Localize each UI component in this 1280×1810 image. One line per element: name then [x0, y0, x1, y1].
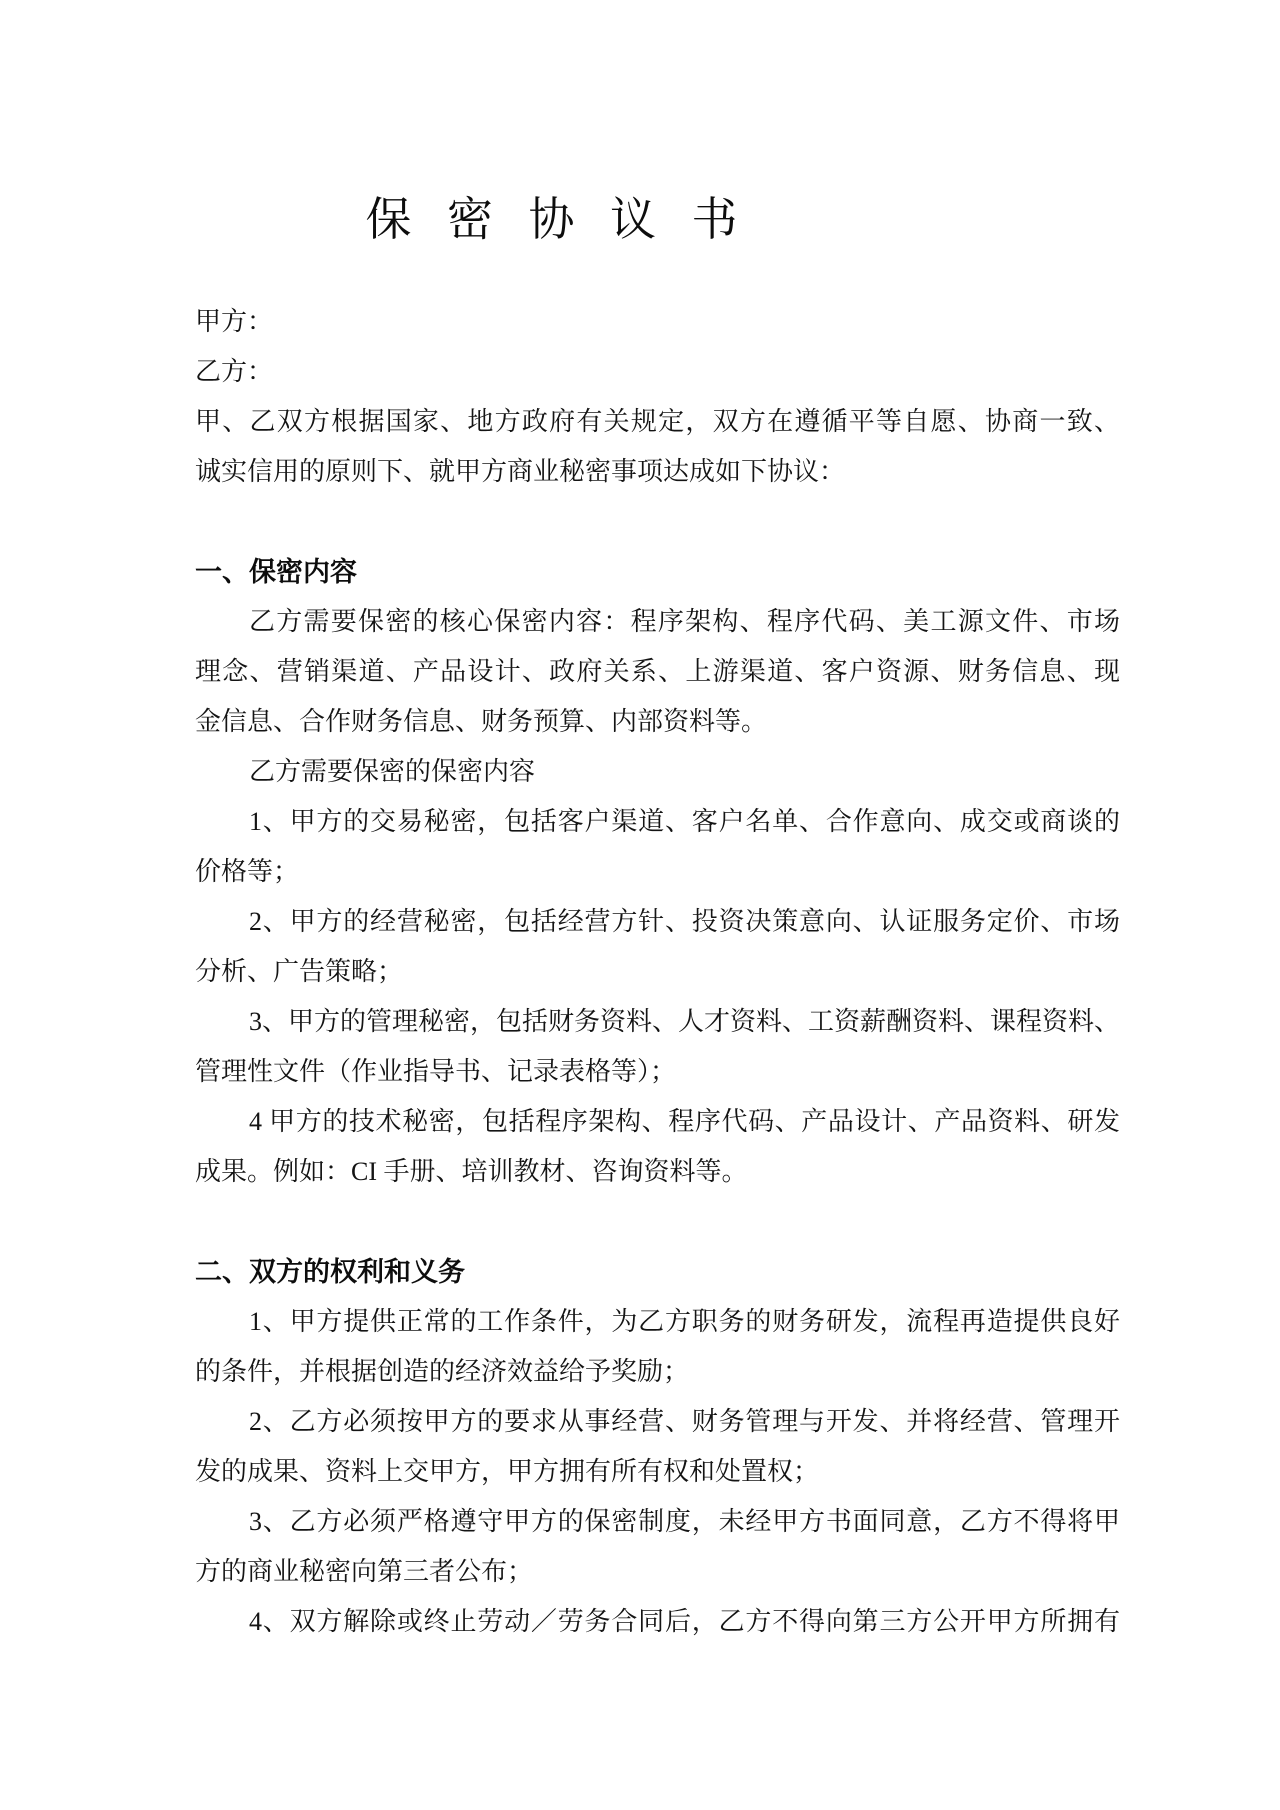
section1-core-content-line: 理念、营销渠道、产品设计、政府关系、上游渠道、客户资源、财务信息、现	[195, 647, 1120, 697]
section2-item3-line: 方的商业秘密向第三者公布；	[195, 1547, 1120, 1597]
section1-item3-line: 3、甲方的管理秘密，包括财务资料、人才资料、工资薪酬资料、课程资料、	[195, 997, 1120, 1047]
section2-item3-line: 3、乙方必须严格遵守甲方的保密制度，未经甲方书面同意，乙方不得将甲	[195, 1497, 1120, 1547]
section-2-heading: 二、双方的权利和义务	[195, 1247, 1120, 1297]
section1-item1-line: 价格等；	[195, 847, 1120, 897]
section2-item1-line: 的条件，并根据创造的经济效益给予奖励；	[195, 1347, 1120, 1397]
section1-item2-line: 分析、广告策略；	[195, 947, 1120, 997]
party-b-line: 乙方：	[195, 347, 1120, 397]
section1-item4-line: 4 甲方的技术秘密，包括程序架构、程序代码、产品设计、产品资料、研发	[195, 1097, 1120, 1147]
section1-item1-line: 1、甲方的交易秘密，包括客户渠道、客户名单、合作意向、成交或商谈的	[195, 797, 1120, 847]
preamble-line: 甲、乙双方根据国家、地方政府有关规定，双方在遵循平等自愿、协商一致、	[195, 397, 1120, 447]
section1-item4-line: 成果。例如：CI 手册、培训教材、咨询资料等。	[195, 1147, 1120, 1197]
section1-subtitle: 乙方需要保密的保密内容	[195, 747, 1120, 797]
preamble-line: 诚实信用的原则下、就甲方商业秘密事项达成如下协议：	[195, 447, 1120, 497]
party-a-line: 甲方：	[195, 297, 1120, 347]
section1-core-content-line: 金信息、合作财务信息、财务预算、内部资料等。	[195, 697, 1120, 747]
section1-item2-line: 2、甲方的经营秘密，包括经营方针、投资决策意向、认证服务定价、市场	[195, 897, 1120, 947]
section2-item1-line: 1、甲方提供正常的工作条件，为乙方职务的财务研发，流程再造提供良好	[195, 1297, 1120, 1347]
section2-item4-line: 4、双方解除或终止劳动／劳务合同后，乙方不得向第三方公开甲方所拥有	[195, 1597, 1120, 1647]
document-title: 保 密 协 议 书	[195, 190, 1120, 250]
document-page: 保 密 协 议 书 甲方： 乙方： 甲、乙双方根据国家、地方政府有关规定，双方在…	[0, 0, 1280, 1810]
section2-item2-line: 发的成果、资料上交甲方，甲方拥有所有权和处置权；	[195, 1447, 1120, 1497]
section1-core-content-line: 乙方需要保密的核心保密内容：程序架构、程序代码、美工源文件、市场	[195, 597, 1120, 647]
section-1-heading: 一、保密内容	[195, 547, 1120, 597]
section1-item3-line: 管理性文件（作业指导书、记录表格等）；	[195, 1047, 1120, 1097]
section2-item2-line: 2、乙方必须按甲方的要求从事经营、财务管理与开发、并将经营、管理开	[195, 1397, 1120, 1447]
document-body: 甲方： 乙方： 甲、乙双方根据国家、地方政府有关规定，双方在遵循平等自愿、协商一…	[195, 297, 1120, 1647]
